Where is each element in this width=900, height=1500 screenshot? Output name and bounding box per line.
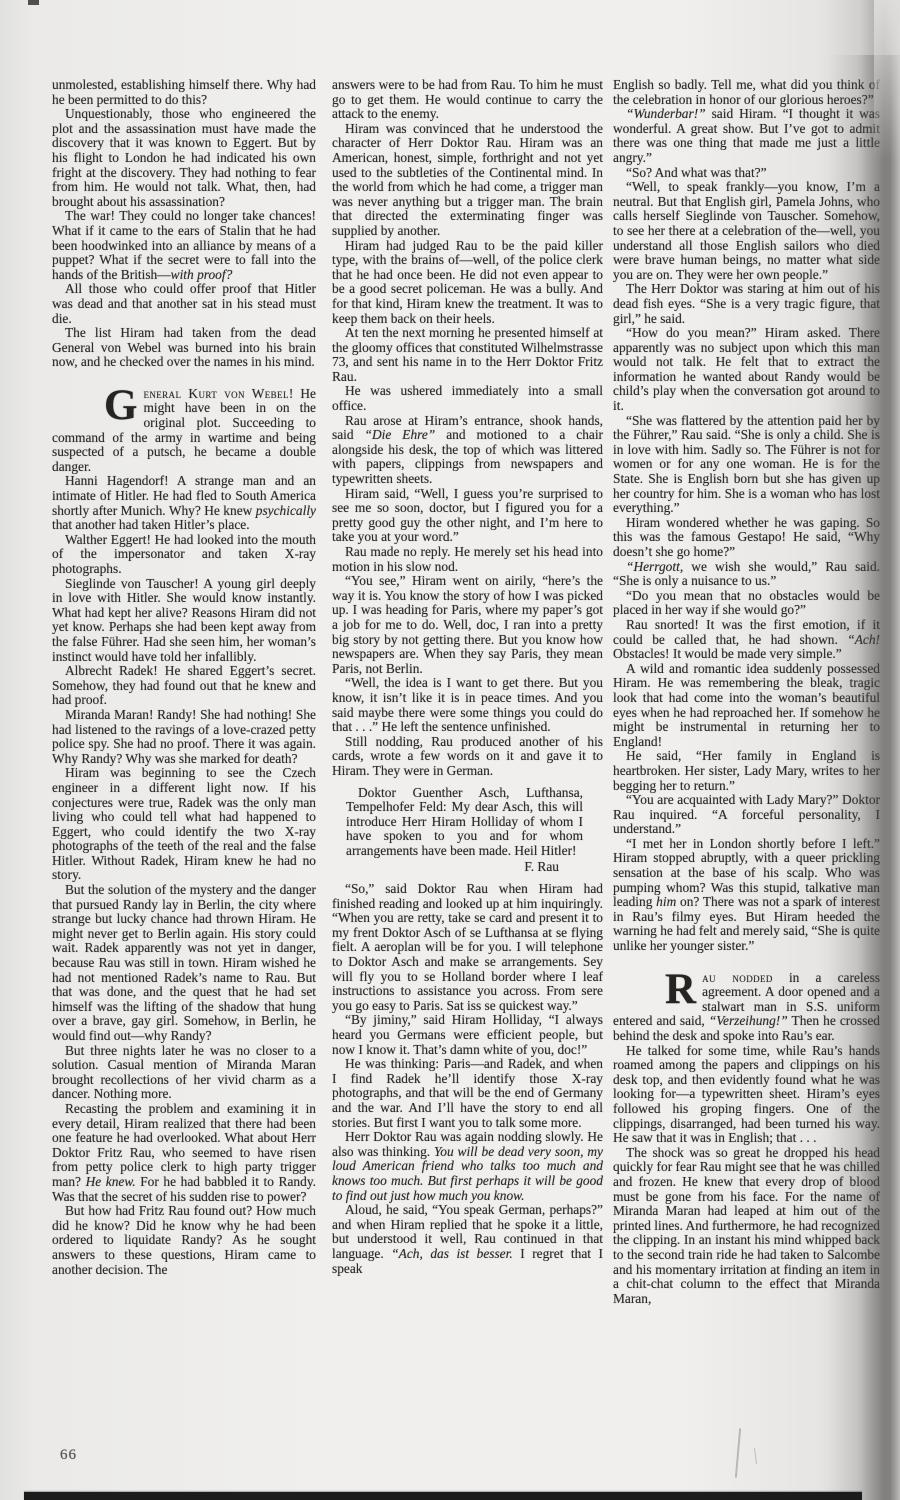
paragraph: Hiram had judged Rau to be the paid kill… xyxy=(332,239,603,327)
text-segment: Obstacles! It would be made very simple.… xyxy=(613,646,842,661)
paragraph: “You see,” Hiram went on airily, “here’s… xyxy=(332,574,603,676)
paragraph: But three nights later he was no closer … xyxy=(52,1044,316,1102)
section-paragraph: Rau nodded in a careless agreement. A do… xyxy=(613,971,880,1044)
paragraph: Rau snorted! It was the first emotion, i… xyxy=(613,618,880,662)
text-segment: Doktor Guenther Asch, Lufthansa, Tempelh… xyxy=(346,785,583,858)
scan-corner-mark xyxy=(28,0,39,5)
paragraph: A wild and romantic idea suddenly posses… xyxy=(613,662,880,750)
text-segment: He talked for some time, while Rau’s han… xyxy=(613,1043,880,1146)
paragraph: “Do you mean that no obstacles would be … xyxy=(613,589,880,618)
paragraph: answers were to be had from Rau. To him … xyxy=(332,78,603,122)
scan-crease-mark xyxy=(735,1428,741,1478)
paragraph: Hiram was convinced that he understood t… xyxy=(332,122,603,239)
paragraph: “Well, the idea is I want to get there. … xyxy=(332,676,603,734)
italic-text: “Herrgott, xyxy=(626,559,683,574)
paragraph: “So? And what was that?” xyxy=(613,166,880,181)
text-segment: The Herr Doktor was staring at him out o… xyxy=(613,281,880,325)
text-segment: Unquestionably, those who engineered the… xyxy=(52,106,316,209)
scan-corner-highlight xyxy=(874,0,900,160)
paragraph: But the solution of the mystery and the … xyxy=(52,883,316,1044)
paragraph: “By jiminy,” said Hiram Holliday, “I alw… xyxy=(332,1013,603,1057)
paragraph: Unquestionably, those who engineered the… xyxy=(52,107,316,209)
paragraph: The list Hiram had taken from the dead G… xyxy=(52,326,316,370)
paragraph: But how had Fritz Rau found out? How muc… xyxy=(52,1204,316,1277)
text-segment: “Well, the idea is I want to get there. … xyxy=(332,675,603,734)
paragraph: unmolested, establishing himself there. … xyxy=(52,78,316,107)
paragraph: Hanni Hagendorf! A strange man and an in… xyxy=(52,474,316,532)
text-segment: Sieglinde von Tauscher! A young girl dee… xyxy=(52,576,316,664)
italic-text: “Ach! xyxy=(847,632,880,647)
text-segment: “Do you mean that no obstacles would be … xyxy=(613,588,880,618)
paragraph: Walther Eggert! He had looked into the m… xyxy=(52,533,316,577)
paragraph: Sieglinde von Tauscher! A young girl dee… xyxy=(52,577,316,665)
scan-edge-bar xyxy=(24,1492,862,1500)
text-segment: “By jiminy,” said Hiram Holliday, “I alw… xyxy=(332,1012,603,1056)
text-segment: that another had taken Hitler’s place. xyxy=(52,517,250,532)
italic-text: “Die Ehre” xyxy=(365,427,436,442)
paragraph: Hiram was beginning to see the Czech eng… xyxy=(52,766,316,883)
italic-text: He knew. xyxy=(86,1174,136,1189)
text-segment: Albrecht Radek! He shared Eggert’s secre… xyxy=(52,663,316,707)
italic-text: “Wunderbar!” xyxy=(626,106,706,121)
text-segment: “She was flattered by the attention paid… xyxy=(613,413,880,516)
text-segment: “How do you mean?” Hiram asked. There ap… xyxy=(613,325,880,413)
paragraph: Aloud, he said, “You speak German, perha… xyxy=(332,1203,603,1276)
text-segment: But three nights later he was no closer … xyxy=(52,1043,316,1102)
paragraph: “Herrgott, we wish she would,” Rau said.… xyxy=(613,560,880,589)
text-segment: He said, “Her family in England is heart… xyxy=(613,748,880,792)
page-surface: unmolested, establishing himself there. … xyxy=(0,0,900,1500)
letter-signature: F. Rau xyxy=(332,860,559,875)
text-segment: “So? And what was that?” xyxy=(626,165,767,180)
paragraph: He said, “Her family in England is heart… xyxy=(613,749,880,793)
paragraph: All those who could offer proof that Hit… xyxy=(52,282,316,326)
section-paragraph: General Kurt von Webel! He might have be… xyxy=(52,387,316,475)
paragraph: Albrecht Radek! He shared Eggert’s secre… xyxy=(52,664,316,708)
italic-text: “Verzeihung!” xyxy=(709,1013,788,1028)
italic-text: “Ach, das ist besser. xyxy=(391,1246,513,1261)
paragraph: The Herr Doktor was staring at him out o… xyxy=(613,282,880,326)
paragraph: “Wunderbar!” said Hiram. “I thought it w… xyxy=(613,107,880,165)
text-segment: F. Rau xyxy=(524,859,559,874)
small-caps-text: eneral Kurt von Webel! xyxy=(143,386,293,401)
text-segment: Rau snorted! It was the first emotion, i… xyxy=(613,617,880,647)
small-caps-text: au nodded xyxy=(702,970,773,985)
text-segment: The shock was so great he dropped his he… xyxy=(613,1145,880,1306)
paragraph: “You are acquainted with Lady Mary?” Dok… xyxy=(613,793,880,837)
paragraph: He was ushered immediately into a small … xyxy=(332,384,603,413)
text-segment: The list Hiram had taken from the dead G… xyxy=(52,325,316,369)
text-segment: A wild and romantic idea suddenly posses… xyxy=(613,661,880,749)
paragraph: Recasting the problem and examining it i… xyxy=(52,1102,316,1204)
text-segment: Hiram was beginning to see the Czech eng… xyxy=(52,765,316,882)
paragraph: He talked for some time, while Rau’s han… xyxy=(613,1044,880,1146)
paragraph: Hiram wondered whether he was gaping. So… xyxy=(613,516,880,560)
text-segment: He was ushered immediately into a small … xyxy=(332,383,603,413)
text-column-1: unmolested, establishing himself there. … xyxy=(52,78,316,1277)
text-segment: At ten the next morning he presented him… xyxy=(332,325,603,384)
italic-text: with proof? xyxy=(171,267,233,282)
magazine-page-scan: { "page": { "number": "66" }, "colors": … xyxy=(0,0,900,1500)
text-segment: Hiram wondered whether he was gaping. So… xyxy=(613,515,880,559)
page-number: 66 xyxy=(60,1447,77,1464)
text-segment: Rau made no reply. He merely set his hea… xyxy=(332,544,603,574)
paragraph: “I met her in London shortly before I le… xyxy=(613,837,880,954)
text-segment: Hiram was convinced that he understood t… xyxy=(332,121,603,238)
text-column-2: answers were to be had from Rau. To him … xyxy=(332,78,603,1276)
paragraph: Miranda Maran! Randy! She had nothing! S… xyxy=(52,708,316,766)
paragraph: “How do you mean?” Hiram asked. There ap… xyxy=(613,326,880,414)
text-segment: “Well, to speak frankly—you know, I’m a … xyxy=(613,179,880,282)
paragraph: He was thinking: Paris—and Radek, and wh… xyxy=(332,1057,603,1130)
drop-cap: R xyxy=(665,974,696,1005)
text-segment: But how had Fritz Rau found out? How muc… xyxy=(52,1203,316,1276)
text-segment: answers were to be had from Rau. To him … xyxy=(332,77,603,121)
text-segment: “You are acquainted with Lady Mary?” Dok… xyxy=(613,792,880,836)
paragraph: “So,” said Doktor Rau when Hiram had fin… xyxy=(332,882,603,1013)
text-segment: All those who could offer proof that Hit… xyxy=(52,281,316,325)
italic-text: psychically xyxy=(256,503,316,518)
paragraph: “Well, to speak frankly—you know, I’m a … xyxy=(613,180,880,282)
text-segment: Still nodding, Rau produced another of h… xyxy=(332,734,603,778)
scan-crease-mark-small xyxy=(754,1448,757,1464)
text-segment: “You see,” Hiram went on airily, “here’s… xyxy=(332,573,603,676)
text-segment: “So,” said Doktor Rau when Hiram had fin… xyxy=(332,881,603,1013)
paragraph: At ten the next morning he presented him… xyxy=(332,326,603,384)
text-segment: Hiram had judged Rau to be the paid kill… xyxy=(332,238,603,326)
italic-text: him xyxy=(656,894,676,909)
paragraph: The shock was so great he dropped his he… xyxy=(613,1146,880,1307)
text-segment: But the solution of the mystery and the … xyxy=(52,882,316,1043)
text-segment: Walther Eggert! He had looked into the m… xyxy=(52,532,316,576)
text-segment: Hiram said, “Well, I guess you’re surpri… xyxy=(332,486,603,545)
paragraph: Still nodding, Rau produced another of h… xyxy=(332,735,603,779)
text-column-3: English so badly. Tell me, what did you … xyxy=(613,78,880,1306)
paragraph: Rau arose at Hiram’s entrance, shook han… xyxy=(332,414,603,487)
text-segment: unmolested, establishing himself there. … xyxy=(52,77,316,107)
paragraph: Hiram said, “Well, I guess you’re surpri… xyxy=(332,487,603,545)
drop-cap: G xyxy=(104,390,137,421)
paragraph: Herr Doktor Rau was again nodding slowly… xyxy=(332,1130,603,1203)
text-segment: Miranda Maran! Randy! She had nothing! S… xyxy=(52,707,316,766)
text-segment: He was thinking: Paris—and Radek, and wh… xyxy=(332,1056,603,1129)
paragraph: “She was flattered by the attention paid… xyxy=(613,414,880,516)
paragraph: The war! They could no longer take chanc… xyxy=(52,209,316,282)
paragraph: English so badly. Tell me, what did you … xyxy=(613,78,880,107)
paragraph: Rau made no reply. He merely set his hea… xyxy=(332,545,603,574)
text-segment: English so badly. Tell me, what did you … xyxy=(613,77,880,107)
letter-block: Doktor Guenther Asch, Lufthansa, Tempelh… xyxy=(346,786,583,859)
